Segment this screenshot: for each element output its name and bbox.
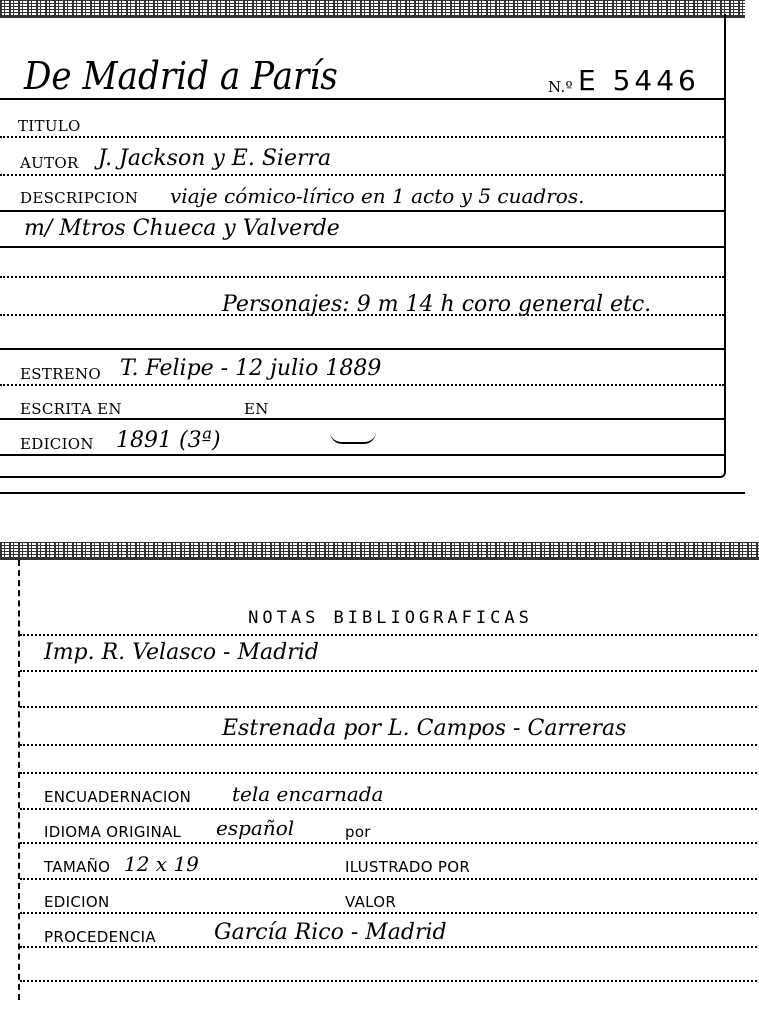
estreno-value: T. Felipe - 12 julio 1889 — [120, 356, 381, 381]
edicion-label: EDICION — [44, 893, 109, 911]
card-separator-line — [0, 492, 745, 494]
rule — [20, 912, 759, 914]
rule — [0, 384, 724, 386]
rule — [0, 454, 724, 456]
rule — [20, 634, 759, 636]
estreno-label: ESTRENO — [20, 365, 101, 383]
note-line-1: Imp. R. Velasco - Madrid — [44, 640, 319, 665]
autor-label: AUTOR — [20, 154, 79, 172]
descripcion-value: viaje cómico-lírico en 1 acto y 5 cuadro… — [170, 184, 584, 208]
escrita-en-label: ESCRITA EN — [20, 400, 122, 418]
rule — [0, 246, 724, 248]
catalog-card-back: NOTAS BIBLIOGRAFICAS Imp. R. Velasco - M… — [18, 560, 759, 1000]
procedencia-value: García Rico - Madrid — [214, 920, 447, 945]
encuadernacion-label: ENCUADERNACION — [44, 788, 191, 806]
rule — [0, 210, 724, 212]
idioma-value: español — [216, 816, 294, 840]
edicion-label: EDICION — [20, 435, 94, 453]
rule — [20, 980, 759, 982]
note-line-2: Estrenada por L. Campos - Carreras — [222, 716, 626, 741]
numero-value: E 5446 — [578, 64, 700, 97]
rule — [0, 98, 724, 100]
rule — [20, 772, 759, 774]
title-handwritten: De Madrid a París — [24, 54, 338, 98]
rule — [0, 136, 724, 138]
stamp-mark — [330, 432, 376, 444]
descripcion-continued: m/ Mtros Chueca y Valverde — [24, 216, 340, 241]
rule — [0, 174, 724, 176]
por-label: por — [345, 823, 371, 841]
rule — [20, 808, 759, 810]
idioma-label: IDIOMA ORIGINAL — [44, 823, 181, 841]
descripcion-label: DESCRIPCION — [20, 189, 138, 207]
ilustrado-label: ILUSTRADO POR — [345, 858, 470, 876]
procedencia-label: PROCEDENCIA — [44, 928, 156, 946]
rule — [0, 314, 724, 316]
edicion-value: 1891 (3ª) — [116, 428, 221, 453]
tamano-value: 12 x 19 — [124, 852, 199, 876]
encuadernacion-value: tela encarnada — [232, 782, 383, 806]
rule — [20, 842, 759, 844]
rule — [20, 946, 759, 948]
titulo-label: TITULO — [18, 117, 81, 135]
notas-heading: NOTAS BIBLIOGRAFICAS — [20, 608, 759, 628]
en-label: EN — [244, 400, 269, 418]
rule — [20, 878, 759, 880]
rule — [20, 706, 759, 708]
numero-label: N.º — [548, 78, 573, 96]
autor-value: J. Jackson y E. Sierra — [98, 146, 331, 171]
catalog-card-front: De Madrid a París N.º E 5446 TITULO AUTO… — [0, 14, 726, 478]
rule — [0, 418, 724, 420]
rule — [0, 276, 724, 278]
valor-label: VALOR — [345, 893, 396, 911]
tamano-label: TAMAÑO — [44, 858, 110, 876]
rule — [20, 670, 759, 672]
scan-edge-middle — [0, 542, 759, 560]
rule — [0, 348, 724, 350]
rule — [20, 744, 759, 746]
